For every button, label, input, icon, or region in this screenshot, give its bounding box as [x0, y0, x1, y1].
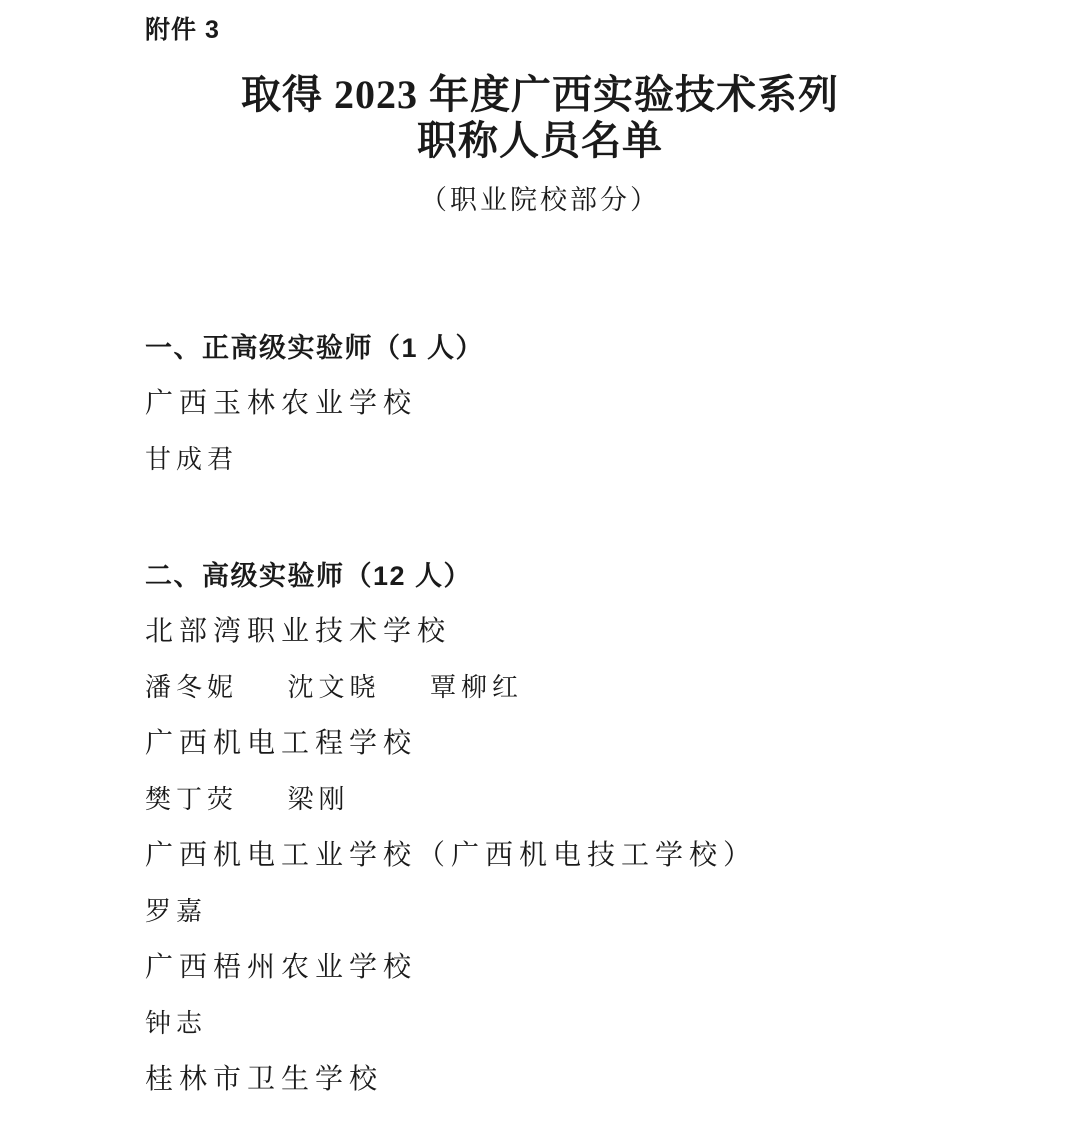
section-1-heading: 一、正高级实验师（1 人） [145, 332, 1020, 364]
document-title: 取得 2023 年度广西实验技术系列 职称人员名单 [30, 72, 1050, 164]
person-name: 樊丁荧 [145, 784, 238, 816]
person-name: 覃柳红 [430, 672, 523, 704]
school-name: 广西玉林农业学校 [145, 388, 1020, 420]
school-name: 广西机电工业学校（广西机电技工学校） [145, 840, 1020, 872]
person-name: 钟志 [145, 1008, 207, 1040]
person-name-row: 罗嘉 [145, 896, 1020, 928]
school-name: 桂林市卫生学校 [145, 1064, 1020, 1096]
person-name: 梁刚 [288, 784, 350, 816]
attachment-label: 附件 3 [145, 14, 1080, 46]
school-name: 北部湾职业技术学校 [145, 616, 1020, 648]
section-2-heading: 二、高级实验师（12 人） [145, 560, 1020, 592]
document-page: 附件 3 取得 2023 年度广西实验技术系列 职称人员名单 （职业院校部分） … [0, 0, 1080, 1131]
person-name-row: 甘成君 [145, 444, 1020, 476]
person-name-row: 潘冬妮 沈文晓 覃柳红 [145, 672, 1020, 704]
school-name: 广西梧州农业学校 [145, 952, 1020, 984]
person-name: 潘冬妮 [145, 672, 238, 704]
document-title-line-2: 职称人员名单 [30, 118, 1050, 164]
section-senior-experimentalist: 二、高级实验师（12 人） 北部湾职业技术学校 潘冬妮 沈文晓 覃柳红 广西机电… [145, 560, 1020, 1096]
document-subtitle: （职业院校部分） [30, 184, 1050, 216]
section-principal-senior-experimentalist: 一、正高级实验师（1 人） 广西玉林农业学校 甘成君 [145, 332, 1020, 476]
document-title-line-1: 取得 2023 年度广西实验技术系列 [30, 72, 1050, 118]
document-body: 一、正高级实验师（1 人） 广西玉林农业学校 甘成君 二、高级实验师（12 人）… [145, 332, 1020, 1096]
person-name-row: 樊丁荧 梁刚 [145, 784, 1020, 816]
person-name: 罗嘉 [145, 896, 207, 928]
person-name-row: 钟志 [145, 1008, 1020, 1040]
person-name: 甘成君 [145, 444, 238, 476]
school-name: 广西机电工程学校 [145, 728, 1020, 760]
person-name: 沈文晓 [288, 672, 381, 704]
